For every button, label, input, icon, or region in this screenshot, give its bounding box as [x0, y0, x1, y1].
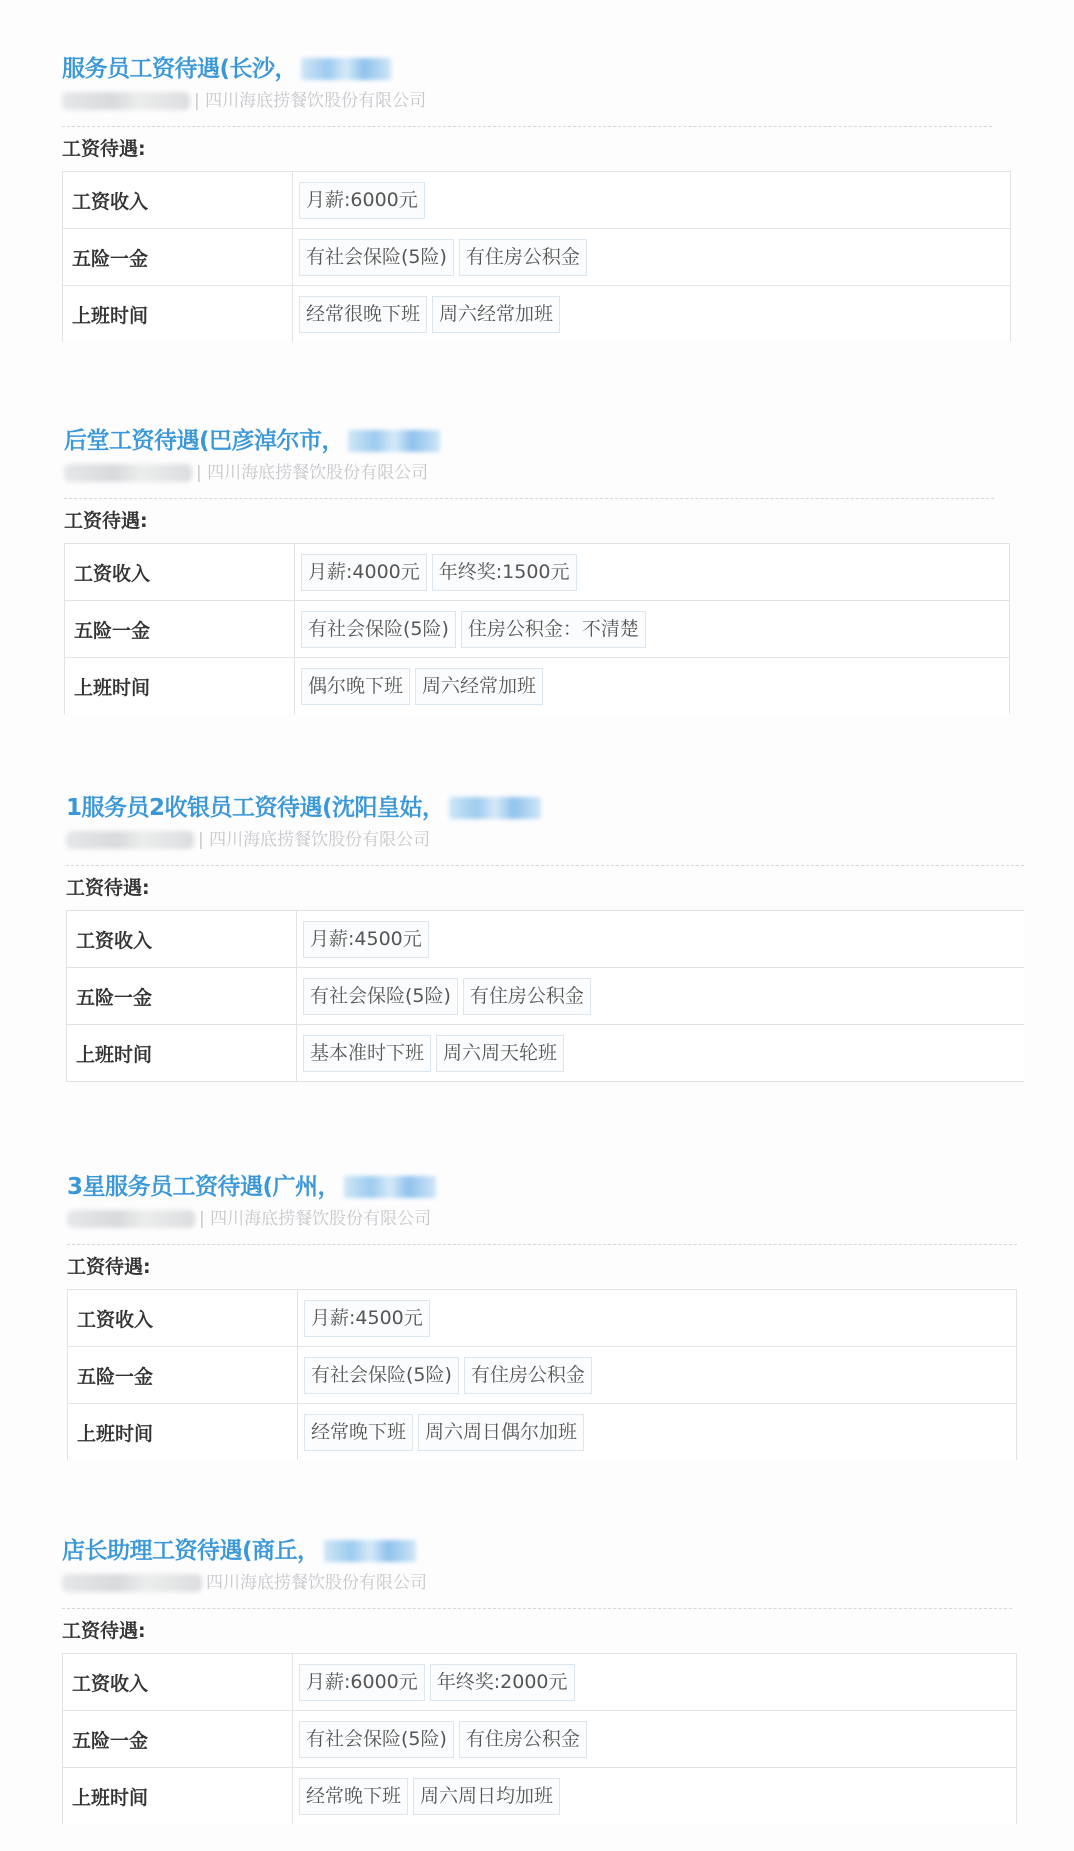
redacted-info	[66, 831, 194, 849]
table-row: 五险一金 有社会保险(5险)有住房公积金	[68, 1347, 1017, 1404]
value-tag: 月薪:6000元	[299, 182, 425, 219]
table-row: 工资收入 月薪:4500元	[68, 1290, 1017, 1347]
company-line: | 四川海底捞餐饮股份有限公司	[67, 1204, 1017, 1234]
company-name[interactable]: | 四川海底捞餐饮股份有限公司	[199, 1204, 431, 1234]
job-title-text: 后堂工资待遇(巴彦淖尔市，	[64, 424, 344, 458]
table-row: 上班时间 经常很晚下班周六经常加班	[63, 286, 1011, 343]
job-title-link[interactable]: 1服务员2收银员工资待遇(沈阳皇姑，	[66, 791, 1024, 825]
table-row: 五险一金 有社会保险(5险)有住房公积金	[67, 968, 1025, 1025]
row-values: 月薪:6000元年终奖:2000元	[293, 1654, 1017, 1711]
value-tag: 年终奖:1500元	[432, 554, 577, 591]
redacted-info	[62, 1574, 202, 1592]
redacted-location	[301, 58, 391, 80]
value-tag: 周六经常加班	[432, 296, 560, 333]
job-title-text: 服务员工资待遇(长沙，	[62, 52, 297, 86]
value-tag: 有住房公积金	[459, 1721, 587, 1758]
redacted-location	[449, 797, 541, 819]
row-key: 上班时间	[67, 1025, 297, 1082]
value-tag: 有社会保险(5险)	[304, 1357, 459, 1394]
row-key: 工资收入	[63, 1654, 293, 1711]
row-values: 有社会保险(5险)有住房公积金	[293, 229, 1011, 286]
value-tag: 住房公积金：不清楚	[461, 611, 646, 648]
row-values: 有社会保险(5险)住房公积金：不清楚	[295, 601, 1010, 658]
row-key: 上班时间	[63, 1768, 293, 1825]
company-name[interactable]: | 四川海底捞餐饮股份有限公司	[198, 825, 430, 855]
row-values: 月薪:4000元年终奖:1500元	[295, 544, 1010, 601]
row-values: 经常晚下班周六周日均加班	[293, 1768, 1017, 1825]
value-tag: 周六周日偶尔加班	[418, 1414, 584, 1451]
value-tag: 有住房公积金	[464, 1357, 592, 1394]
row-values: 有社会保险(5险)有住房公积金	[293, 1711, 1017, 1768]
row-values: 经常很晚下班周六经常加班	[293, 286, 1011, 343]
row-key: 五险一金	[63, 229, 293, 286]
row-values: 有社会保险(5险)有住房公积金	[298, 1347, 1017, 1404]
value-tag: 偶尔晚下班	[301, 668, 410, 705]
value-tag: 月薪:4000元	[301, 554, 427, 591]
redacted-location	[324, 1540, 416, 1562]
value-tag: 有社会保险(5险)	[299, 239, 454, 276]
section-label: 工资待遇:	[62, 127, 1011, 171]
company-line: 四川海底捞餐饮股份有限公司	[62, 1568, 1017, 1598]
value-tag: 有住房公积金	[459, 239, 587, 276]
value-tag: 月薪:6000元	[299, 1664, 425, 1701]
row-key: 工资收入	[68, 1290, 298, 1347]
job-title-text: 店长助理工资待遇(商丘，	[62, 1534, 320, 1568]
row-values: 有社会保险(5险)有住房公积金	[297, 968, 1025, 1025]
value-tag: 经常很晚下班	[299, 296, 427, 333]
job-card: 服务员工资待遇(长沙， | 四川海底捞餐饮股份有限公司 工资待遇: 工资收入 月…	[62, 52, 1011, 342]
row-key: 上班时间	[65, 658, 295, 715]
value-tag: 月薪:4500元	[303, 921, 429, 958]
salary-table: 工资收入 月薪:4500元 五险一金 有社会保险(5险)有住房公积金 上班时间 …	[67, 1289, 1017, 1460]
row-values: 月薪:4500元	[298, 1290, 1017, 1347]
job-card: 3星服务员工资待遇(广州， | 四川海底捞餐饮股份有限公司 工资待遇: 工资收入…	[67, 1170, 1017, 1460]
redacted-location	[344, 1176, 436, 1198]
row-values: 月薪:4500元	[297, 911, 1025, 968]
row-key: 工资收入	[63, 172, 293, 229]
salary-table: 工资收入 月薪:4500元 五险一金 有社会保险(5险)有住房公积金 上班时间 …	[66, 910, 1024, 1082]
job-title-text: 1服务员2收银员工资待遇(沈阳皇姑，	[66, 791, 445, 825]
redacted-location	[348, 430, 440, 452]
row-key: 工资收入	[67, 911, 297, 968]
salary-table: 工资收入 月薪:6000元年终奖:2000元 五险一金 有社会保险(5险)有住房…	[62, 1653, 1017, 1824]
value-tag: 有社会保险(5险)	[299, 1721, 454, 1758]
row-key: 五险一金	[67, 968, 297, 1025]
job-title-text: 3星服务员工资待遇(广州，	[67, 1170, 340, 1204]
row-values: 经常晚下班周六周日偶尔加班	[298, 1404, 1017, 1461]
job-card: 后堂工资待遇(巴彦淖尔市， | 四川海底捞餐饮股份有限公司 工资待遇: 工资收入…	[64, 424, 1010, 714]
value-tag: 周六经常加班	[415, 668, 543, 705]
table-row: 上班时间 基本准时下班周六周天轮班	[67, 1025, 1025, 1082]
row-values: 偶尔晚下班周六经常加班	[295, 658, 1010, 715]
redacted-info	[64, 464, 192, 482]
row-key: 五险一金	[65, 601, 295, 658]
company-line: | 四川海底捞餐饮股份有限公司	[62, 86, 1011, 116]
table-row: 五险一金 有社会保险(5险)有住房公积金	[63, 229, 1011, 286]
table-row: 上班时间 偶尔晚下班周六经常加班	[65, 658, 1010, 715]
table-row: 上班时间 经常晚下班周六周日均加班	[63, 1768, 1017, 1825]
company-line: | 四川海底捞餐饮股份有限公司	[66, 825, 1024, 855]
table-row: 五险一金 有社会保险(5险)住房公积金：不清楚	[65, 601, 1010, 658]
value-tag: 基本准时下班	[303, 1035, 431, 1072]
value-tag: 周六周日均加班	[413, 1778, 560, 1815]
row-key: 上班时间	[63, 286, 293, 343]
section-label: 工资待遇:	[64, 499, 1010, 543]
value-tag: 经常晚下班	[299, 1778, 408, 1815]
table-row: 上班时间 经常晚下班周六周日偶尔加班	[68, 1404, 1017, 1461]
value-tag: 有住房公积金	[463, 978, 591, 1015]
job-card: 1服务员2收银员工资待遇(沈阳皇姑， | 四川海底捞餐饮股份有限公司 工资待遇:…	[66, 791, 1024, 1082]
section-label: 工资待遇:	[66, 866, 1024, 910]
row-values: 月薪:6000元	[293, 172, 1011, 229]
company-name[interactable]: | 四川海底捞餐饮股份有限公司	[196, 458, 428, 488]
salary-table: 工资收入 月薪:4000元年终奖:1500元 五险一金 有社会保险(5险)住房公…	[64, 543, 1010, 714]
row-key: 五险一金	[68, 1347, 298, 1404]
value-tag: 年终奖:2000元	[430, 1664, 575, 1701]
row-key: 上班时间	[68, 1404, 298, 1461]
row-key: 五险一金	[63, 1711, 293, 1768]
job-title-link[interactable]: 后堂工资待遇(巴彦淖尔市，	[64, 424, 1010, 458]
company-name[interactable]: | 四川海底捞餐饮股份有限公司	[194, 86, 426, 116]
company-line: | 四川海底捞餐饮股份有限公司	[64, 458, 1010, 488]
table-row: 工资收入 月薪:4000元年终奖:1500元	[65, 544, 1010, 601]
table-row: 工资收入 月薪:6000元	[63, 172, 1011, 229]
value-tag: 经常晚下班	[304, 1414, 413, 1451]
company-name[interactable]: 四川海底捞餐饮股份有限公司	[206, 1568, 427, 1598]
section-label: 工资待遇:	[67, 1245, 1017, 1289]
value-tag: 月薪:4500元	[304, 1300, 430, 1337]
job-title-link[interactable]: 服务员工资待遇(长沙，	[62, 52, 1011, 86]
redacted-info	[67, 1210, 195, 1228]
table-row: 工资收入 月薪:4500元	[67, 911, 1025, 968]
row-values: 基本准时下班周六周天轮班	[297, 1025, 1025, 1082]
redacted-info	[62, 92, 190, 110]
table-row: 五险一金 有社会保险(5险)有住房公积金	[63, 1711, 1017, 1768]
value-tag: 周六周天轮班	[436, 1035, 564, 1072]
salary-table: 工资收入 月薪:6000元 五险一金 有社会保险(5险)有住房公积金 上班时间 …	[62, 171, 1011, 342]
value-tag: 有社会保险(5险)	[301, 611, 456, 648]
section-label: 工资待遇:	[62, 1609, 1017, 1653]
value-tag: 有社会保险(5险)	[303, 978, 458, 1015]
table-row: 工资收入 月薪:6000元年终奖:2000元	[63, 1654, 1017, 1711]
job-title-link[interactable]: 店长助理工资待遇(商丘，	[62, 1534, 1017, 1568]
row-key: 工资收入	[65, 544, 295, 601]
job-title-link[interactable]: 3星服务员工资待遇(广州，	[67, 1170, 1017, 1204]
job-card: 店长助理工资待遇(商丘， 四川海底捞餐饮股份有限公司 工资待遇: 工资收入 月薪…	[62, 1534, 1017, 1824]
